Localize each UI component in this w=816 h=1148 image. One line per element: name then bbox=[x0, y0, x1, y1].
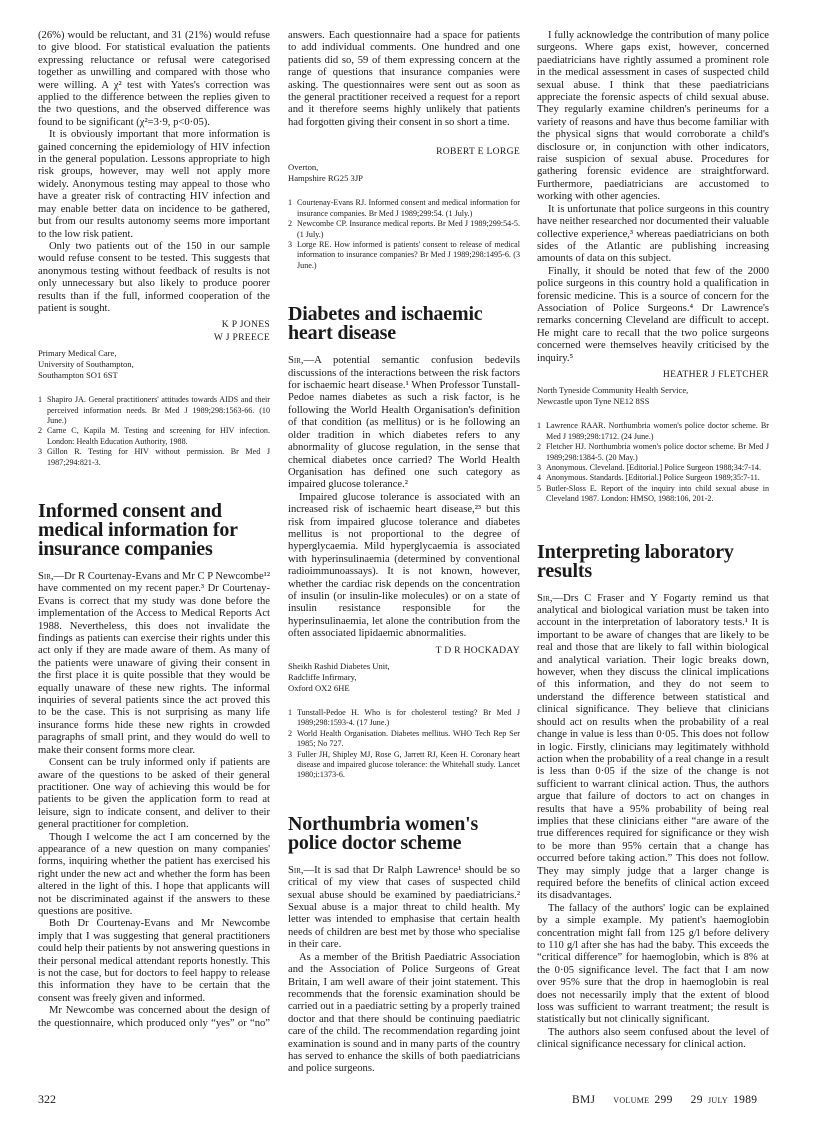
address-line: Overton, bbox=[288, 162, 520, 173]
reference-text: Tunstall-Pedoe H. Who is for cholesterol… bbox=[297, 708, 520, 729]
address-line: Southampton SO1 6ST bbox=[38, 370, 270, 381]
reference-item: 3Fuller JH, Shipley MJ, Rose G, Jarrett … bbox=[288, 750, 520, 781]
address-line: North Tyneside Community Health Service, bbox=[537, 385, 769, 396]
reference-text: Shapiro JA. General practitioners' attit… bbox=[47, 395, 270, 426]
letter-hiv-testing-continued: (26%) would be reluctant, and 31 (21%) w… bbox=[38, 30, 270, 468]
body-paragraph: Mr Newcombe was concerned about the desi… bbox=[38, 1005, 270, 1030]
reference-text: Anonymous. Standards. [Editorial.] Polic… bbox=[546, 473, 769, 483]
letter-northumbria: Northumbria women's police doctor scheme… bbox=[288, 815, 520, 1076]
reference-text: Fletcher HJ. Northumbria women's police … bbox=[546, 442, 769, 463]
volume-number: 299 bbox=[655, 1094, 673, 1106]
author-address: Sheikh Rashid Diabetes Unit, Radcliffe I… bbox=[288, 661, 520, 694]
address-line: University of Southampton, bbox=[38, 359, 270, 370]
body-paragraph: It is obviously important that more info… bbox=[38, 129, 270, 241]
author-address: Primary Medical Care, University of Sout… bbox=[38, 348, 270, 381]
reference-number: 1 bbox=[288, 198, 292, 208]
letter-informed-consent-continued: Mr Newcombe was concerned about the desi… bbox=[288, 30, 520, 271]
reference-item: 1Tunstall-Pedoe H. Who is for cholestero… bbox=[288, 708, 520, 729]
body-paragraph: I fully acknowledge the contribution of … bbox=[537, 30, 769, 204]
author-address: Overton, Hampshire RG25 3JP bbox=[288, 162, 520, 184]
reference-number: 3 bbox=[288, 750, 292, 760]
author-signature: ROBERT E LORGE bbox=[288, 146, 520, 158]
address-line: Radcliffe Infirmary, bbox=[288, 672, 520, 683]
body-paragraph: Sir,—Dr R Courtenay-Evans and Mr C P New… bbox=[38, 571, 270, 757]
reference-text: Fuller JH, Shipley MJ, Rose G, Jarrett R… bbox=[297, 750, 520, 781]
journal-name: BMJ bbox=[572, 1094, 595, 1106]
author-signature: HEATHER J FLETCHER bbox=[537, 369, 769, 381]
paragraph-continuation: Mr Newcombe was concerned about the desi… bbox=[288, 30, 520, 142]
volume-label: volume bbox=[613, 1094, 649, 1106]
paragraph-text: —A potential semantic confusion bedevils… bbox=[288, 355, 520, 490]
salutation: Sir, bbox=[288, 865, 304, 876]
column-right: I fully acknowledge the contribution of … bbox=[537, 30, 769, 1052]
reference-item: 2World Health Organisation. Diabetes mel… bbox=[288, 729, 520, 750]
body-paragraph: Sir,—Drs C Fraser and Y Fogarty remind u… bbox=[537, 593, 769, 903]
article-title: Informed consent and medical information… bbox=[38, 502, 270, 559]
reference-number: 3 bbox=[38, 447, 42, 457]
reference-list: 1Shapiro JA. General practitioners' atti… bbox=[38, 395, 270, 468]
reference-item: 2Fletcher HJ. Northumbria women's police… bbox=[537, 442, 769, 463]
body-paragraph: Though I welcome the act I am concerned … bbox=[38, 832, 270, 919]
body-paragraph: (26%) would be reluctant, and 31 (21%) w… bbox=[38, 30, 270, 129]
reference-number: 1 bbox=[288, 708, 292, 718]
reference-text: Butler-Sloss E. Report of the inquiry in… bbox=[546, 484, 769, 505]
body-paragraph: Impaired glucose tolerance is associated… bbox=[288, 492, 520, 641]
column-middle: Mr Newcombe was concerned about the desi… bbox=[288, 30, 520, 1076]
paragraph-text: —Drs C Fraser and Y Fogarty remind us th… bbox=[537, 593, 769, 902]
column-left: (26%) would be reluctant, and 31 (21%) w… bbox=[38, 30, 270, 1030]
author-signature: W J PREECE bbox=[38, 332, 270, 344]
salutation: Sir, bbox=[288, 355, 304, 366]
reference-number: 2 bbox=[288, 729, 292, 739]
paragraph-text: —It is sad that Dr Ralph Lawrence¹ shoul… bbox=[288, 865, 520, 950]
reference-number: 2 bbox=[38, 426, 42, 436]
reference-number: 2 bbox=[288, 219, 292, 229]
address-line: Hampshire RG25 3JP bbox=[288, 173, 520, 184]
page-number: 322 bbox=[38, 1092, 56, 1107]
body-paragraph: Mr Newcombe was concerned about the desi… bbox=[288, 30, 520, 129]
author-signature: T D R HOCKADAY bbox=[288, 645, 520, 657]
salutation: Sir, bbox=[38, 571, 54, 582]
address-line: Oxford OX2 6HE bbox=[288, 683, 520, 694]
address-line: Primary Medical Care, bbox=[38, 348, 270, 359]
author-signature: K P JONES bbox=[38, 319, 270, 331]
letter-lab-results: Interpreting laboratory results Sir,—Drs… bbox=[537, 543, 769, 1052]
journal-footer: BMJvolume 29929 july 1989 bbox=[572, 1094, 757, 1106]
reference-item: 2Carne C, Kapila M. Testing and screenin… bbox=[38, 426, 270, 447]
paragraph-text: —Dr R Courtenay-Evans and Mr C P Newcomb… bbox=[38, 571, 270, 756]
reference-number: 1 bbox=[537, 421, 541, 431]
reference-item: 3Anonymous. Cleveland. [Editorial.] Poli… bbox=[537, 463, 769, 473]
reference-item: 5Butler-Sloss E. Report of the inquiry i… bbox=[537, 484, 769, 505]
address-line: Sheikh Rashid Diabetes Unit, bbox=[288, 661, 520, 672]
reference-list: 1Tunstall-Pedoe H. Who is for cholestero… bbox=[288, 708, 520, 781]
reference-item: 1Lawrence RAAR. Northumbria women's poli… bbox=[537, 421, 769, 442]
body-paragraph: The fallacy of the authors' logic can be… bbox=[537, 903, 769, 1027]
salutation: Sir, bbox=[537, 593, 553, 604]
body-paragraph: The authors also seem confused about the… bbox=[537, 1027, 769, 1052]
reference-text: Lorge RE. How informed is patients' cons… bbox=[297, 240, 520, 271]
reference-list: 1Courtenay-Evans RJ. Informed consent an… bbox=[288, 198, 520, 271]
reference-item: 1Courtenay-Evans RJ. Informed consent an… bbox=[288, 198, 520, 219]
reference-item: 4Anonymous. Standards. [Editorial.] Poli… bbox=[537, 473, 769, 483]
reference-list: 1Lawrence RAAR. Northumbria women's poli… bbox=[537, 421, 769, 504]
body-paragraph: Sir,—It is sad that Dr Ralph Lawrence¹ s… bbox=[288, 865, 520, 952]
letter-informed-consent: Informed consent and medical information… bbox=[38, 502, 270, 1030]
issue-month: july bbox=[708, 1094, 728, 1106]
article-title: Interpreting laboratory results bbox=[537, 543, 769, 581]
letter-diabetes: Diabetes and ischaemic heart disease Sir… bbox=[288, 305, 520, 781]
reference-text: Courtenay-Evans RJ. Informed consent and… bbox=[297, 198, 520, 219]
reference-number: 5 bbox=[537, 484, 541, 494]
body-paragraph: Sir,—A potential semantic confusion bede… bbox=[288, 355, 520, 491]
body-paragraph: As a member of the British Paediatric As… bbox=[288, 952, 520, 1076]
article-title: Diabetes and ischaemic heart disease bbox=[288, 305, 520, 343]
reference-text: Lawrence RAAR. Northumbria women's polic… bbox=[546, 421, 769, 442]
reference-text: Gillon R. Testing for HIV without permis… bbox=[47, 447, 270, 468]
letter-northumbria-continued: I fully acknowledge the contribution of … bbox=[537, 30, 769, 505]
reference-number: 3 bbox=[537, 463, 541, 473]
issue-day: 29 bbox=[691, 1094, 703, 1106]
body-paragraph: Consent can be truly informed only if pa… bbox=[38, 757, 270, 831]
reference-number: 2 bbox=[537, 442, 541, 452]
reference-text: World Health Organisation. Diabetes mell… bbox=[297, 729, 520, 750]
reference-number: 4 bbox=[537, 473, 541, 483]
reference-number: 1 bbox=[38, 395, 42, 405]
author-address: North Tyneside Community Health Service,… bbox=[537, 385, 769, 407]
reference-item: 2Newcombe CP. Insurance medical reports.… bbox=[288, 219, 520, 240]
reference-item: 3Gillon R. Testing for HIV without permi… bbox=[38, 447, 270, 468]
body-paragraph: Finally, it should be noted that few of … bbox=[537, 266, 769, 365]
body-paragraph: Both Dr Courtenay-Evans and Mr Newcombe … bbox=[38, 918, 270, 1005]
reference-item: 3Lorge RE. How informed is patients' con… bbox=[288, 240, 520, 271]
reference-text: Carne C, Kapila M. Testing and screening… bbox=[47, 426, 270, 447]
issue-year: 1989 bbox=[733, 1094, 757, 1106]
reference-number: 3 bbox=[288, 240, 292, 250]
reference-text: Anonymous. Cleveland. [Editorial.] Polic… bbox=[546, 463, 769, 473]
reference-text: Newcombe CP. Insurance medical reports. … bbox=[297, 219, 520, 240]
body-paragraph: It is unfortunate that police surgeons i… bbox=[537, 204, 769, 266]
reference-item: 1Shapiro JA. General practitioners' atti… bbox=[38, 395, 270, 426]
body-paragraph: Only two patients out of the 150 in our … bbox=[38, 241, 270, 315]
address-line: Newcastle upon Tyne NE12 8SS bbox=[537, 396, 769, 407]
article-title: Northumbria women's police doctor scheme bbox=[288, 815, 520, 853]
